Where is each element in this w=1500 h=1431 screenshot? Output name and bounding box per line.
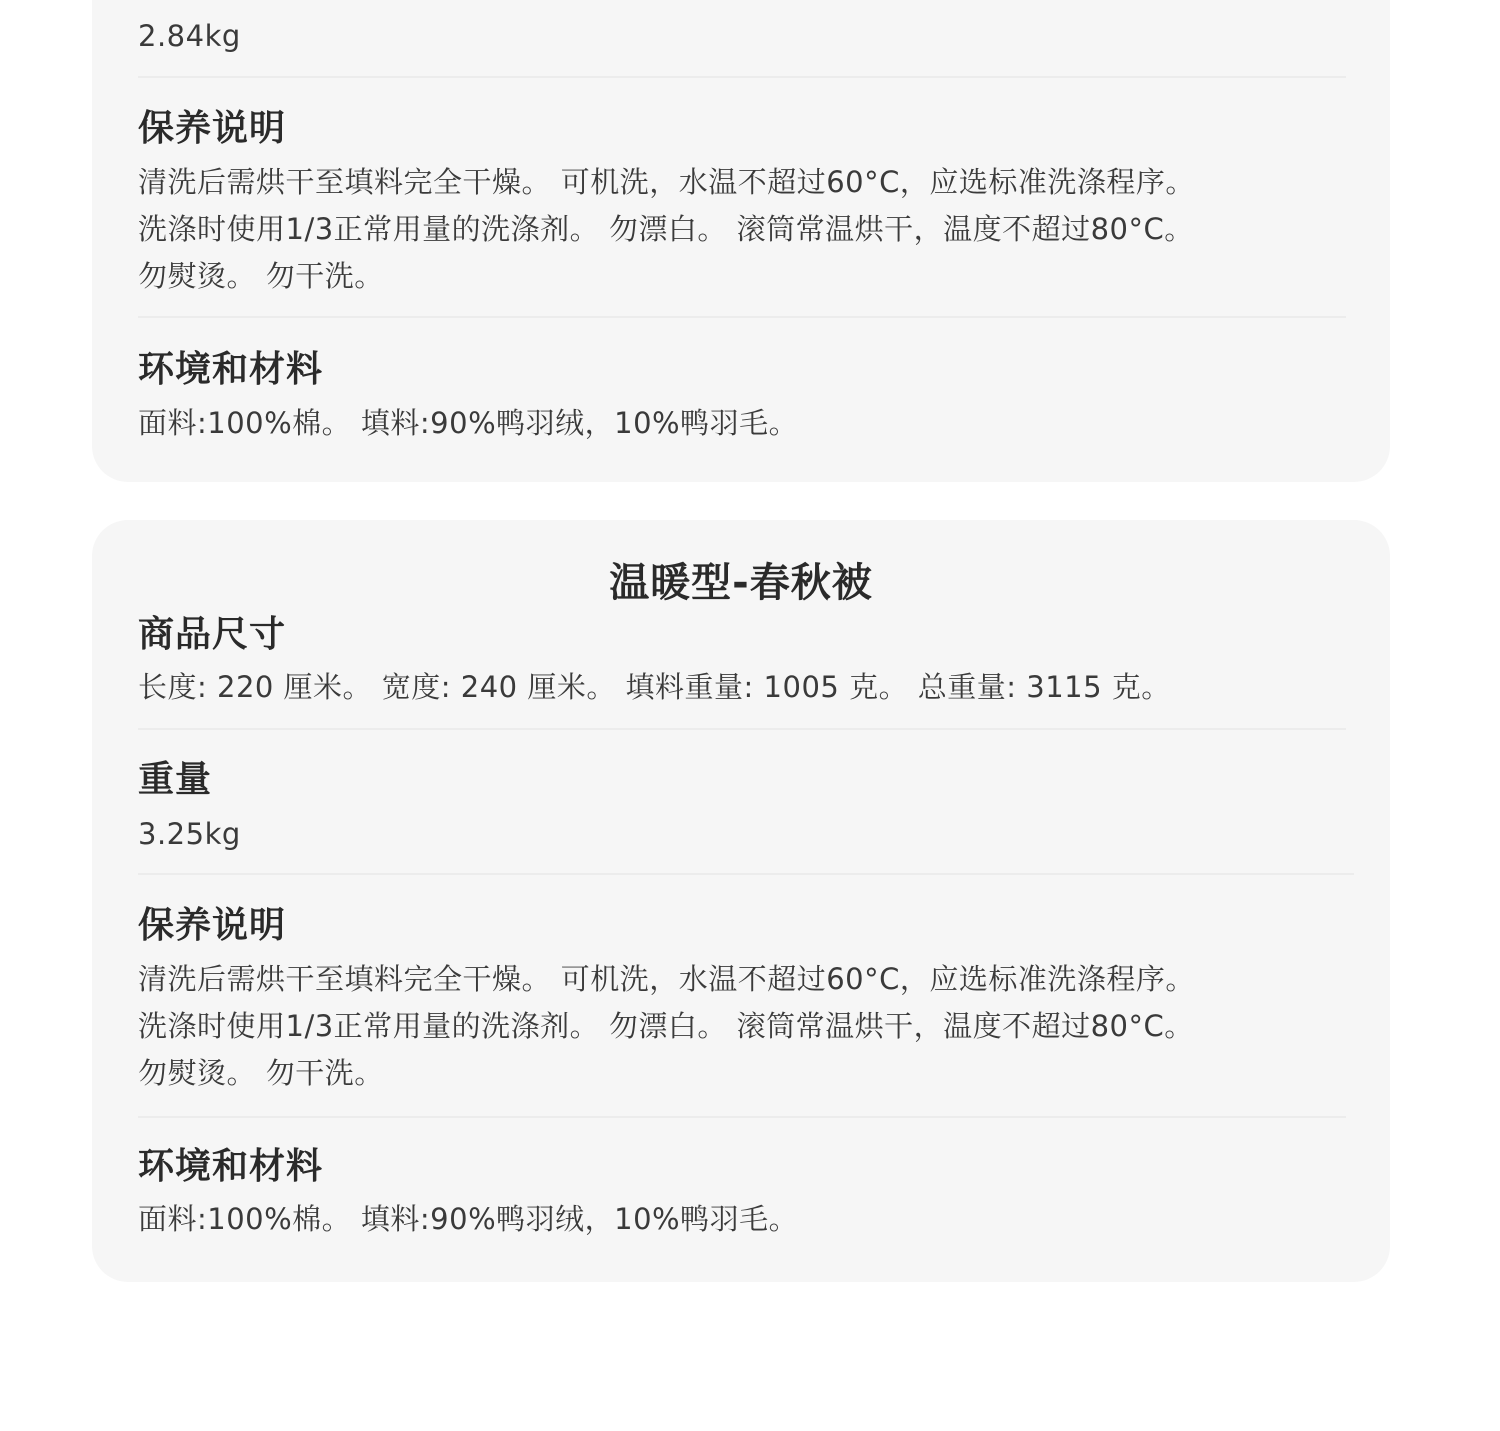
- section-title-environment-materials: 环境和材料: [138, 346, 323, 394]
- care-line: 洗涤时使用1/3正常用量的洗涤剂。 勿漂白。 滚筒常温烘干，温度不超过80°C。: [138, 1003, 1358, 1050]
- section-body-weight: 3.25kg: [138, 811, 241, 858]
- section-body-weight: 2.84kg: [138, 13, 241, 60]
- care-line: 勿熨烫。 勿干洗。: [138, 1050, 1358, 1097]
- product-spec-card-top: 重量 2.84kg 保养说明 清洗后需烘干至填料完全干燥。 可机洗，水温不超过6…: [92, 0, 1390, 482]
- section-body-environment-materials: 面料:100%棉。 填料:90%鸭羽绒，10%鸭羽毛。: [138, 1196, 798, 1243]
- section-title-environment-materials: 环境和材料: [138, 1143, 323, 1191]
- divider: [138, 76, 1346, 78]
- section-body-care-instructions: 清洗后需烘干至填料完全干燥。 可机洗，水温不超过60°C，应选标准洗涤程序。 洗…: [138, 956, 1358, 1097]
- section-title-weight: 重量: [138, 756, 212, 804]
- care-line: 清洗后需烘干至填料完全干燥。 可机洗，水温不超过60°C，应选标准洗涤程序。: [138, 159, 1358, 206]
- section-title-care-instructions: 保养说明: [138, 902, 286, 950]
- section-title-product-dimensions: 商品尺寸: [138, 611, 286, 659]
- divider: [138, 316, 1346, 318]
- section-body-product-dimensions: 长度: 220 厘米。 宽度: 240 厘米。 填料重量: 1005 克。 总重…: [138, 664, 1171, 711]
- divider: [138, 873, 1354, 875]
- care-line: 清洗后需烘干至填料完全干燥。 可机洗，水温不超过60°C，应选标准洗涤程序。: [138, 956, 1358, 1003]
- card-heading: 温暖型-春秋被: [92, 556, 1390, 610]
- care-line: 勿熨烫。 勿干洗。: [138, 253, 1358, 300]
- divider: [138, 728, 1346, 730]
- care-line: 洗涤时使用1/3正常用量的洗涤剂。 勿漂白。 滚筒常温烘干，温度不超过80°C。: [138, 206, 1358, 253]
- section-body-care-instructions: 清洗后需烘干至填料完全干燥。 可机洗，水温不超过60°C，应选标准洗涤程序。 洗…: [138, 159, 1358, 300]
- section-body-environment-materials: 面料:100%棉。 填料:90%鸭羽绒，10%鸭羽毛。: [138, 400, 798, 447]
- product-spec-card-spring-autumn: 温暖型-春秋被 商品尺寸 长度: 220 厘米。 宽度: 240 厘米。 填料重…: [92, 520, 1390, 1282]
- divider: [138, 1116, 1346, 1118]
- section-title-care-instructions: 保养说明: [138, 105, 286, 153]
